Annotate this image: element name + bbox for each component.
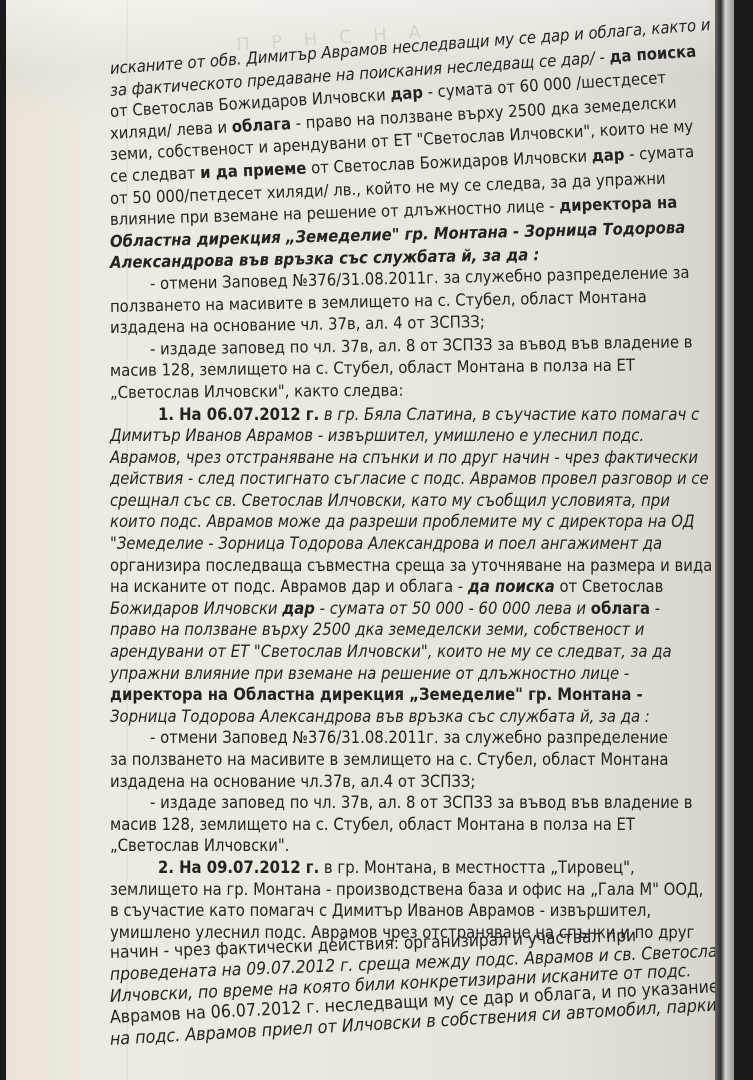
text-segment: Божидаров Илчовски (110, 599, 282, 618)
text-line: Димитър Иванов Аврамов - извършител, уми… (110, 425, 734, 447)
page-edge (715, 0, 734, 1080)
text-segment: арендувани от ЕТ "Светослав Илчовски", к… (110, 642, 672, 661)
text-segment: на исканите от подс. Аврамов дар и облаг… (110, 577, 468, 596)
text-line: „Светослав Илчовски", както следва: (110, 377, 734, 404)
text-segment: право на ползване върху 2500 дка земедел… (110, 620, 644, 639)
text-segment: дар (282, 599, 315, 618)
text-segment: организира последваща съвместна среща за… (110, 556, 712, 575)
text-segment: масив 128, землището на с. Стубел, облас… (110, 356, 635, 380)
text-line: „Светослав Илчовски". (110, 835, 734, 857)
text-line: директора на Областна дирекция „Земедели… (110, 684, 734, 706)
text-segment: дар (390, 83, 424, 104)
text-segment: в гр. Монтана, в местността „Тировец", (319, 858, 634, 877)
text-segment: „Светослав Илчовски". (110, 836, 289, 855)
text-line: Аврамов, чрез отстраняване на спънки и п… (110, 447, 734, 469)
text-line: 1. На 06.07.2012 г. в гр. Бяла Слатина, … (110, 404, 734, 426)
text-segment: в гр. Бяла Слатина, в съучастие като пом… (319, 405, 699, 424)
text-segment: срещнал със св. Светослав Илчовски, като… (110, 491, 670, 510)
text-segment: „Светослав Илчовски", както следва: (110, 381, 404, 402)
text-segment: действия - след постигнато съгласие с по… (110, 469, 709, 488)
text-line: издадена на основание чл.37в, ал.4 от ЗС… (110, 771, 734, 793)
document-body: исканите от обв. Димитър Аврамов неследв… (110, 58, 734, 1051)
text-segment: издадена на основание чл.37в, ал.4 от ЗС… (110, 772, 475, 791)
document-page: П Р Н С Н А исканите от обв. Димитър Авр… (6, 0, 734, 1080)
text-segment: упражни влияние при вземане на решение о… (110, 664, 629, 683)
text-segment: директора на Областна дирекция „Земедели… (110, 685, 643, 704)
text-line: Зорница Тодорова Александрова във връзка… (110, 706, 734, 728)
text-segment: издадена на основание чл. 37в, ал. 4 от … (110, 312, 485, 337)
text-segment: в съучастие като помагач с Димитър Ивано… (110, 901, 651, 920)
text-segment: Зорница Тодорова Александрова във връзка… (110, 707, 650, 726)
text-segment: 1. На 06.07.2012 г. (158, 405, 319, 424)
text-line: - издаде заповед по чл. 37в, ал. 8 от ЗС… (110, 792, 734, 814)
text-segment: - сумата от 50 000 - 60 000 лева и (315, 599, 591, 618)
text-segment: да поиска (468, 577, 555, 596)
text-segment: - отмени Заповед №376/31.08.2011г. за сл… (150, 728, 668, 747)
text-segment: от Светослав (555, 577, 664, 596)
text-segment: - сумата (624, 142, 695, 164)
text-line: - отмени Заповед №376/31.08.2011г. за сл… (110, 727, 734, 749)
text-line: в съучастие като помагач с Димитър Ивано… (110, 900, 734, 922)
text-segment: за ползването на масивите в землището на… (110, 750, 669, 769)
text-line: 2. На 09.07.2012 г. в гр. Монтана, в мес… (110, 857, 734, 879)
text-segment: 2. На 09.07.2012 г. (158, 858, 319, 877)
text-segment: Димитър Иванов Аврамов - извършител, уми… (110, 426, 644, 445)
text-segment: землището на гр. Монтана - производствен… (110, 880, 703, 899)
text-segment: "Земеделие - Зорница Тодорова Александро… (110, 534, 662, 553)
text-segment: които подс. Аврамов може да разреши проб… (110, 512, 695, 531)
text-line: "Земеделие - Зорница Тодорова Александро… (110, 533, 734, 555)
text-segment: се следват (110, 163, 201, 186)
text-line: право на ползване върху 2500 дка земедел… (110, 619, 734, 641)
text-line: на исканите от подс. Аврамов дар и облаг… (110, 576, 734, 598)
text-segment: дар (591, 145, 624, 165)
text-line: арендувани от ЕТ "Светослав Илчовски", к… (110, 641, 734, 663)
text-line: срещнал със св. Светослав Илчовски, като… (110, 490, 734, 512)
text-line: които подс. Аврамов може да разреши проб… (110, 511, 734, 533)
text-segment: директора на (559, 193, 678, 216)
text-segment: Аврамов, чрез отстраняване на спънки и п… (110, 448, 698, 467)
text-line: Божидаров Илчовски дар - сумата от 50 00… (110, 598, 734, 620)
text-line: за ползването на масивите в землището на… (110, 749, 734, 771)
text-line: масив 128, землището на с. Стубел, облас… (110, 814, 734, 836)
text-line: землището на гр. Монтана - производствен… (110, 879, 734, 901)
text-segment: да поиска (609, 41, 697, 66)
text-segment: - издаде заповед по чл. 37в, ал. 8 от ЗС… (150, 793, 693, 812)
text-segment: и да приеме (200, 159, 307, 183)
text-line: действия - след постигнато съгласие с по… (110, 468, 734, 490)
text-segment: облага (591, 599, 650, 618)
text-segment: масив 128, землището на с. Стубел, облас… (110, 815, 635, 834)
text-segment: облага (231, 114, 291, 136)
text-segment: - (650, 599, 660, 618)
text-line: упражни влияние при вземане на решение о… (110, 663, 734, 685)
text-line: организира последваща съвместна среща за… (110, 555, 734, 577)
